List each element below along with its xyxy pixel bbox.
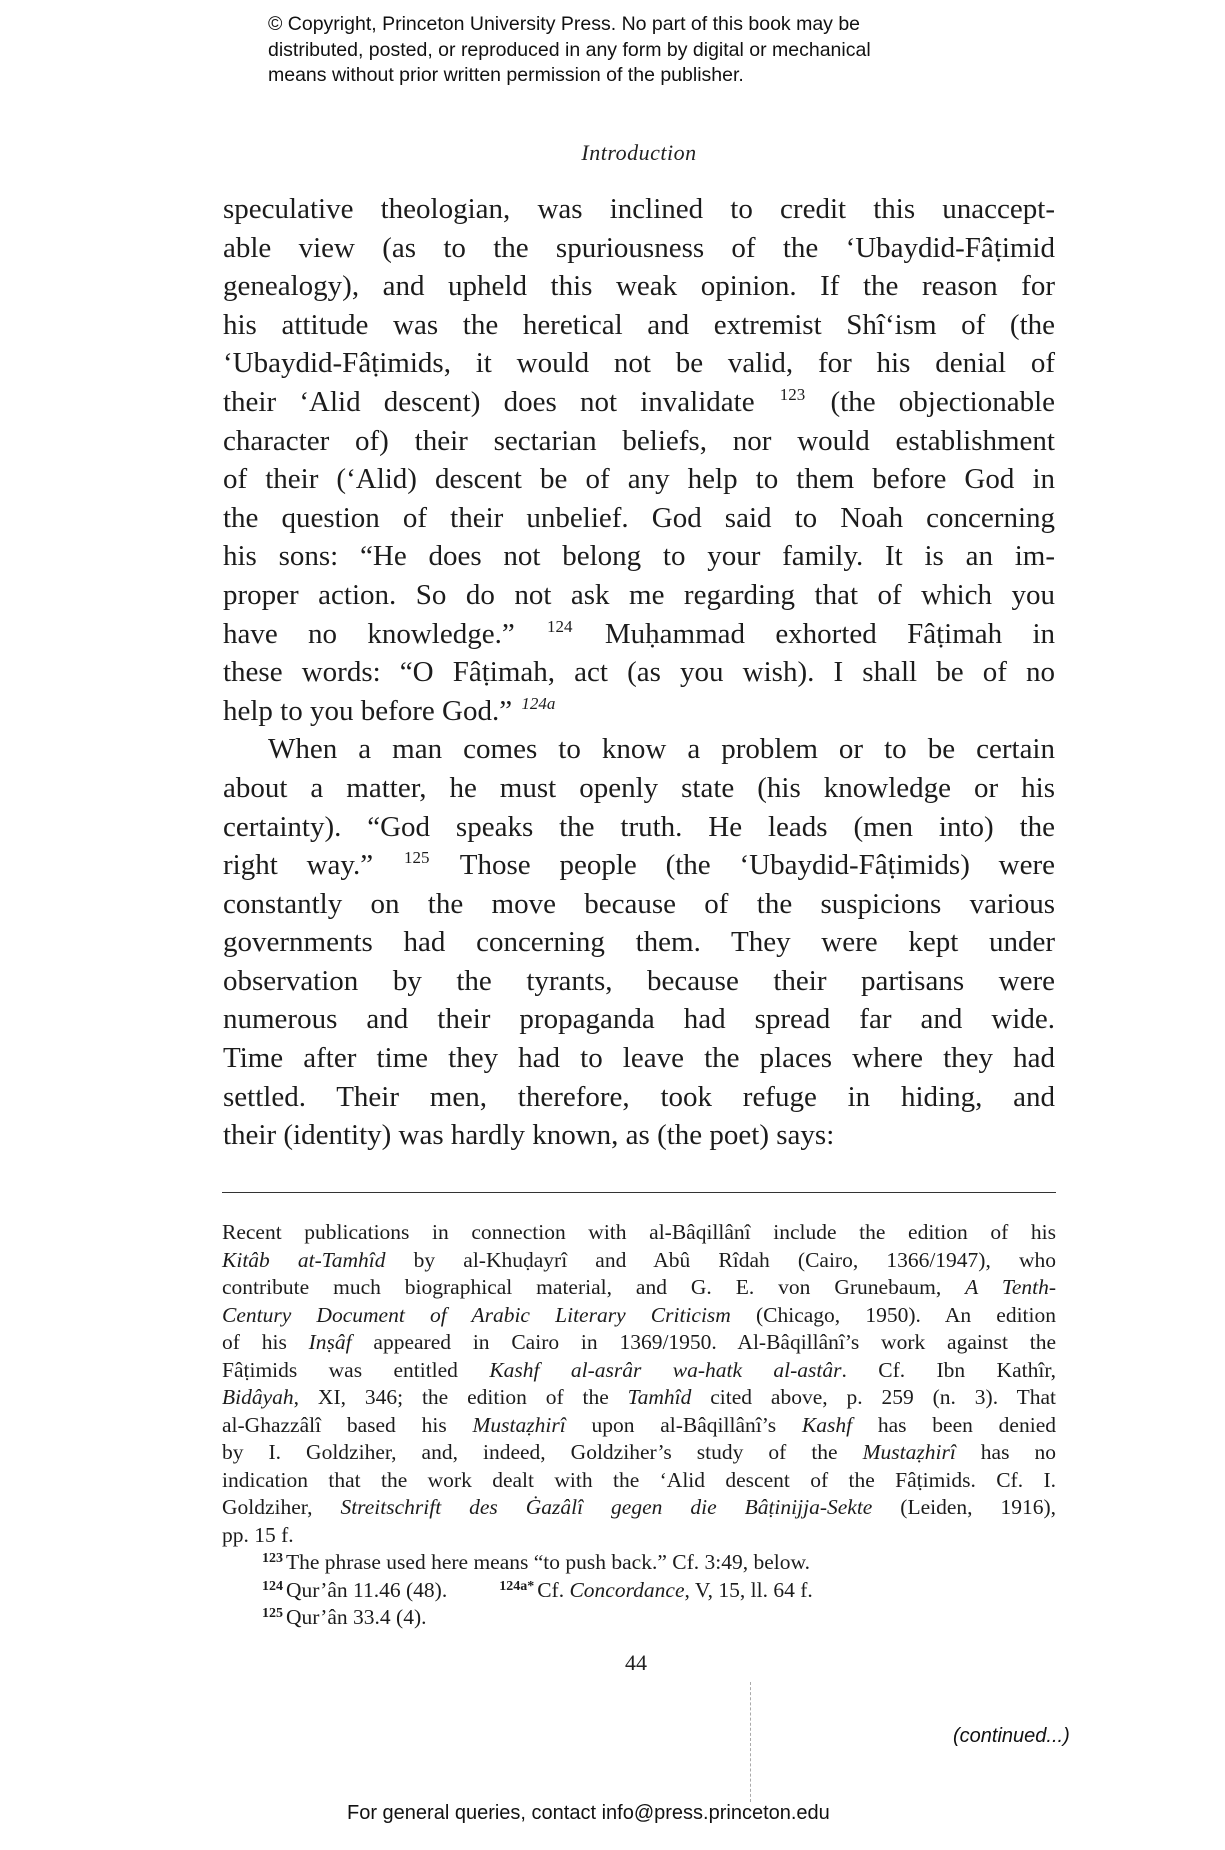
footnote-divider [222, 1192, 1056, 1193]
footnote-text: The phrase used here means “to push back… [286, 1550, 810, 1574]
book-title: Inṣâf [309, 1330, 352, 1354]
text-segment: have no knowledge.” [223, 618, 515, 650]
text-segment: by al-Khuḍayrî and Abû Rîdah (Cairo, 136… [386, 1248, 1056, 1272]
text-line: ‘Ubaydid-Fâṭimids, it would not be valid… [223, 344, 1055, 383]
text-line: help to you before God.” 124a [223, 692, 1055, 731]
footnote-text: Cf. [537, 1578, 569, 1602]
text-segment: Muḥammad exhorted Fâṭimah in [605, 618, 1055, 650]
text-segment: indication that the work dealt with the … [222, 1468, 1056, 1492]
book-title: Century Document of Arabic Literary Crit… [222, 1303, 731, 1327]
book-title: Kitâb at-Tamhîd [222, 1248, 386, 1272]
footnote-line: pp. 15 f. [222, 1522, 1056, 1550]
text-line: right way.” 125 Those people (the ‘Ubayd… [223, 846, 1055, 885]
text-line: constantly on the move because of the su… [223, 885, 1055, 924]
footnote-line: Goldziher, Streitschrift des Ġazâlî gege… [222, 1494, 1056, 1522]
footnote-number: 124 [262, 1579, 283, 1594]
text-segment: pp. 15 f. [222, 1523, 294, 1547]
copyright-line: means without prior written permission o… [268, 63, 968, 89]
text-segment: . Cf. Ibn Kathîr, [842, 1358, 1057, 1382]
text-line: When a man comes to know a problem or to… [223, 730, 1055, 769]
text-line: his attitude was the heretical and extre… [223, 306, 1055, 345]
book-title: Mustaẓhirî [863, 1440, 956, 1464]
text-line: Time after time they had to leave the pl… [223, 1039, 1055, 1078]
text-line: their (identity) was hardly known, as (t… [223, 1116, 1055, 1155]
footnote-text: Qur’ân 11.46 (48). [286, 1578, 447, 1602]
footnote-ref[interactable]: 124a [521, 694, 555, 713]
text-line: governments had concerning them. They we… [223, 923, 1055, 962]
text-segment: contribute much biographical material, a… [222, 1275, 965, 1299]
footnote-line: Century Document of Arabic Literary Crit… [222, 1302, 1056, 1330]
text-line: their ‘Alid descent) does not invalidate… [223, 383, 1055, 422]
text-line: able view (as to the spuriousness of the… [223, 229, 1055, 268]
text-segment: Fâṭimids was entitled [222, 1358, 489, 1382]
text-segment: of his [222, 1330, 309, 1354]
copyright-line: distributed, posted, or reproduced in an… [268, 38, 968, 64]
text-line: the question of their unbelief. God said… [223, 499, 1055, 538]
book-title: Concordance [569, 1578, 684, 1602]
footnote-125: 125Qur’ân 33.4 (4). [222, 1604, 1056, 1632]
contact-line: For general queries, contact info@press.… [347, 1802, 830, 1825]
footnote-line: of his Inṣâf appeared in Cairo in 1369/1… [222, 1329, 1056, 1357]
text-segment: , XI, 346; the edition of the [294, 1385, 628, 1409]
text-segment: appeared in Cairo in 1369/1950. Al-Bâqil… [352, 1330, 1056, 1354]
text-line: these words: “O Fâṭimah, act (as you wis… [223, 653, 1055, 692]
footnote-text: , V, 15, ll. 64 f. [685, 1578, 813, 1602]
footnote-ref[interactable]: 124 [547, 617, 573, 636]
page-number: 44 [625, 1650, 647, 1676]
footnote-124: 124Qur’ân 11.46 (48).124a*Cf. Concordanc… [222, 1577, 1056, 1605]
footnote-ref[interactable]: 125 [404, 848, 430, 867]
book-title: Mustaẓhirî [472, 1413, 565, 1437]
copyright-line: © Copyright, Princeton University Press.… [268, 12, 968, 38]
main-text: speculative theologian, was inclined to … [223, 190, 1055, 1155]
footnote-line: contribute much biographical material, a… [222, 1274, 1056, 1302]
footnote-text: Qur’ân 33.4 (4). [286, 1605, 427, 1629]
text-segment: (Chicago, 1950). An edition [731, 1303, 1056, 1327]
book-title: Streitschrift des Ġazâlî gegen die Bâṭin… [340, 1495, 872, 1519]
footnote-line: by I. Goldziher, and, indeed, Goldziher’… [222, 1439, 1056, 1467]
footnote-line: Fâṭimids was entitled Kashf al-asrâr wa-… [222, 1357, 1056, 1385]
footnote-number: 123 [262, 1551, 283, 1566]
footnote-line: Recent publications in connection with a… [222, 1219, 1056, 1247]
book-title: Tamhîd [628, 1385, 692, 1409]
footnote-line: Bidâyah, XI, 346; the edition of the Tam… [222, 1384, 1056, 1412]
running-head: Introduction [0, 140, 1225, 166]
text-line: have no knowledge.” 124 Muḥammad exhorte… [223, 615, 1055, 654]
book-title: Bidâyah [222, 1385, 294, 1409]
text-line: speculative theologian, was inclined to … [223, 190, 1055, 229]
text-segment: Recent publications in connection with a… [222, 1220, 1056, 1244]
text-segment: (the objectionable [831, 386, 1056, 418]
text-line: his sons: “He does not belong to your fa… [223, 537, 1055, 576]
text-line: about a matter, he must openly state (hi… [223, 769, 1055, 808]
text-segment: their ‘Alid descent) does not invalidate [223, 386, 755, 418]
text-line: settled. Their men, therefore, took refu… [223, 1078, 1055, 1117]
text-line: genealogy), and upheld this weak opinion… [223, 267, 1055, 306]
text-line: proper action. So do not ask me regardin… [223, 576, 1055, 615]
footnote-number: 124a* [499, 1579, 534, 1594]
text-segment: upon al-Bâqillânî’s [566, 1413, 802, 1437]
text-segment: cited above, p. 259 (n. 3). That [691, 1385, 1056, 1409]
text-segment: Those people (the ‘Ubaydid-Fâṭimids) wer… [460, 849, 1055, 881]
text-line: numerous and their propaganda had spread… [223, 1000, 1055, 1039]
book-title: Kashf al-asrâr wa-hatk al-astâr [489, 1358, 841, 1382]
footnote-line: Kitâb at-Tamhîd by al-Khuḍayrî and Abû R… [222, 1247, 1056, 1275]
book-title: A Tenth- [965, 1275, 1056, 1299]
book-title: Kashf [802, 1413, 852, 1437]
text-segment: Goldziher, [222, 1495, 340, 1519]
text-segment: has been denied [852, 1413, 1056, 1437]
text-segment: (Leiden, 1916), [872, 1495, 1056, 1519]
footnote-line: indication that the work dealt with the … [222, 1467, 1056, 1495]
text-line: of their (‘Alid) descent be of any help … [223, 460, 1055, 499]
footnote-ref[interactable]: 123 [780, 385, 806, 404]
continued-label: (continued...) [953, 1725, 1070, 1748]
footnotes: Recent publications in connection with a… [222, 1219, 1056, 1632]
text-segment: right way.” [223, 849, 373, 881]
text-segment: by I. Goldziher, and, indeed, Goldziher’… [222, 1440, 863, 1464]
text-segment: help to you before God.” [223, 695, 512, 727]
text-line: certainty). “God speaks the truth. He le… [223, 808, 1055, 847]
footnote-line: al-Ghazzâlî based his Mustaẓhirî upon al… [222, 1412, 1056, 1440]
footnote-123: 123The phrase used here means “to push b… [222, 1549, 1056, 1577]
copyright-notice: © Copyright, Princeton University Press.… [268, 12, 968, 89]
text-segment: al-Ghazzâlî based his [222, 1413, 472, 1437]
text-line: character of) their sectarian beliefs, n… [223, 422, 1055, 461]
scan-artifact-line [750, 1682, 751, 1802]
footnote-number: 125 [262, 1606, 283, 1621]
text-segment: has no [956, 1440, 1056, 1464]
text-line: observation by the tyrants, because thei… [223, 962, 1055, 1001]
